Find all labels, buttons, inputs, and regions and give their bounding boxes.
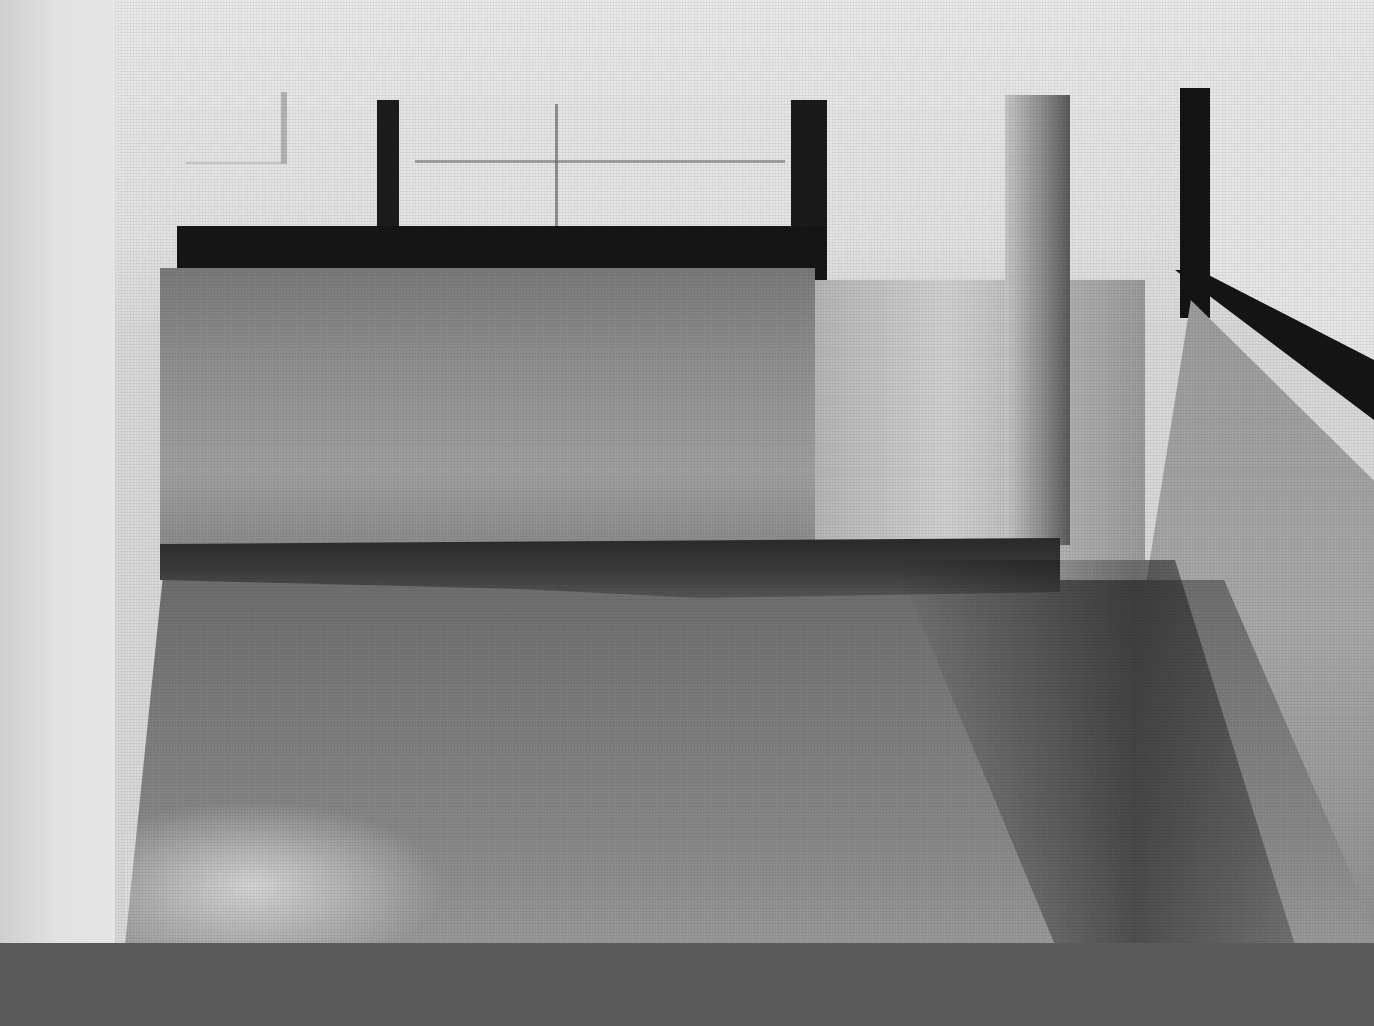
back-wall: [160, 268, 815, 558]
printed-page: [0, 0, 1374, 945]
faint-window-print: [185, 92, 287, 164]
bottom-dark-band: [0, 943, 1374, 1026]
floor-light-patch: [125, 800, 445, 945]
window-transom: [415, 160, 785, 163]
window-mullion: [555, 104, 558, 244]
concrete-column: [1005, 95, 1070, 545]
room-photograph: [115, 0, 1374, 945]
column-shadow-wall: [815, 280, 1145, 560]
